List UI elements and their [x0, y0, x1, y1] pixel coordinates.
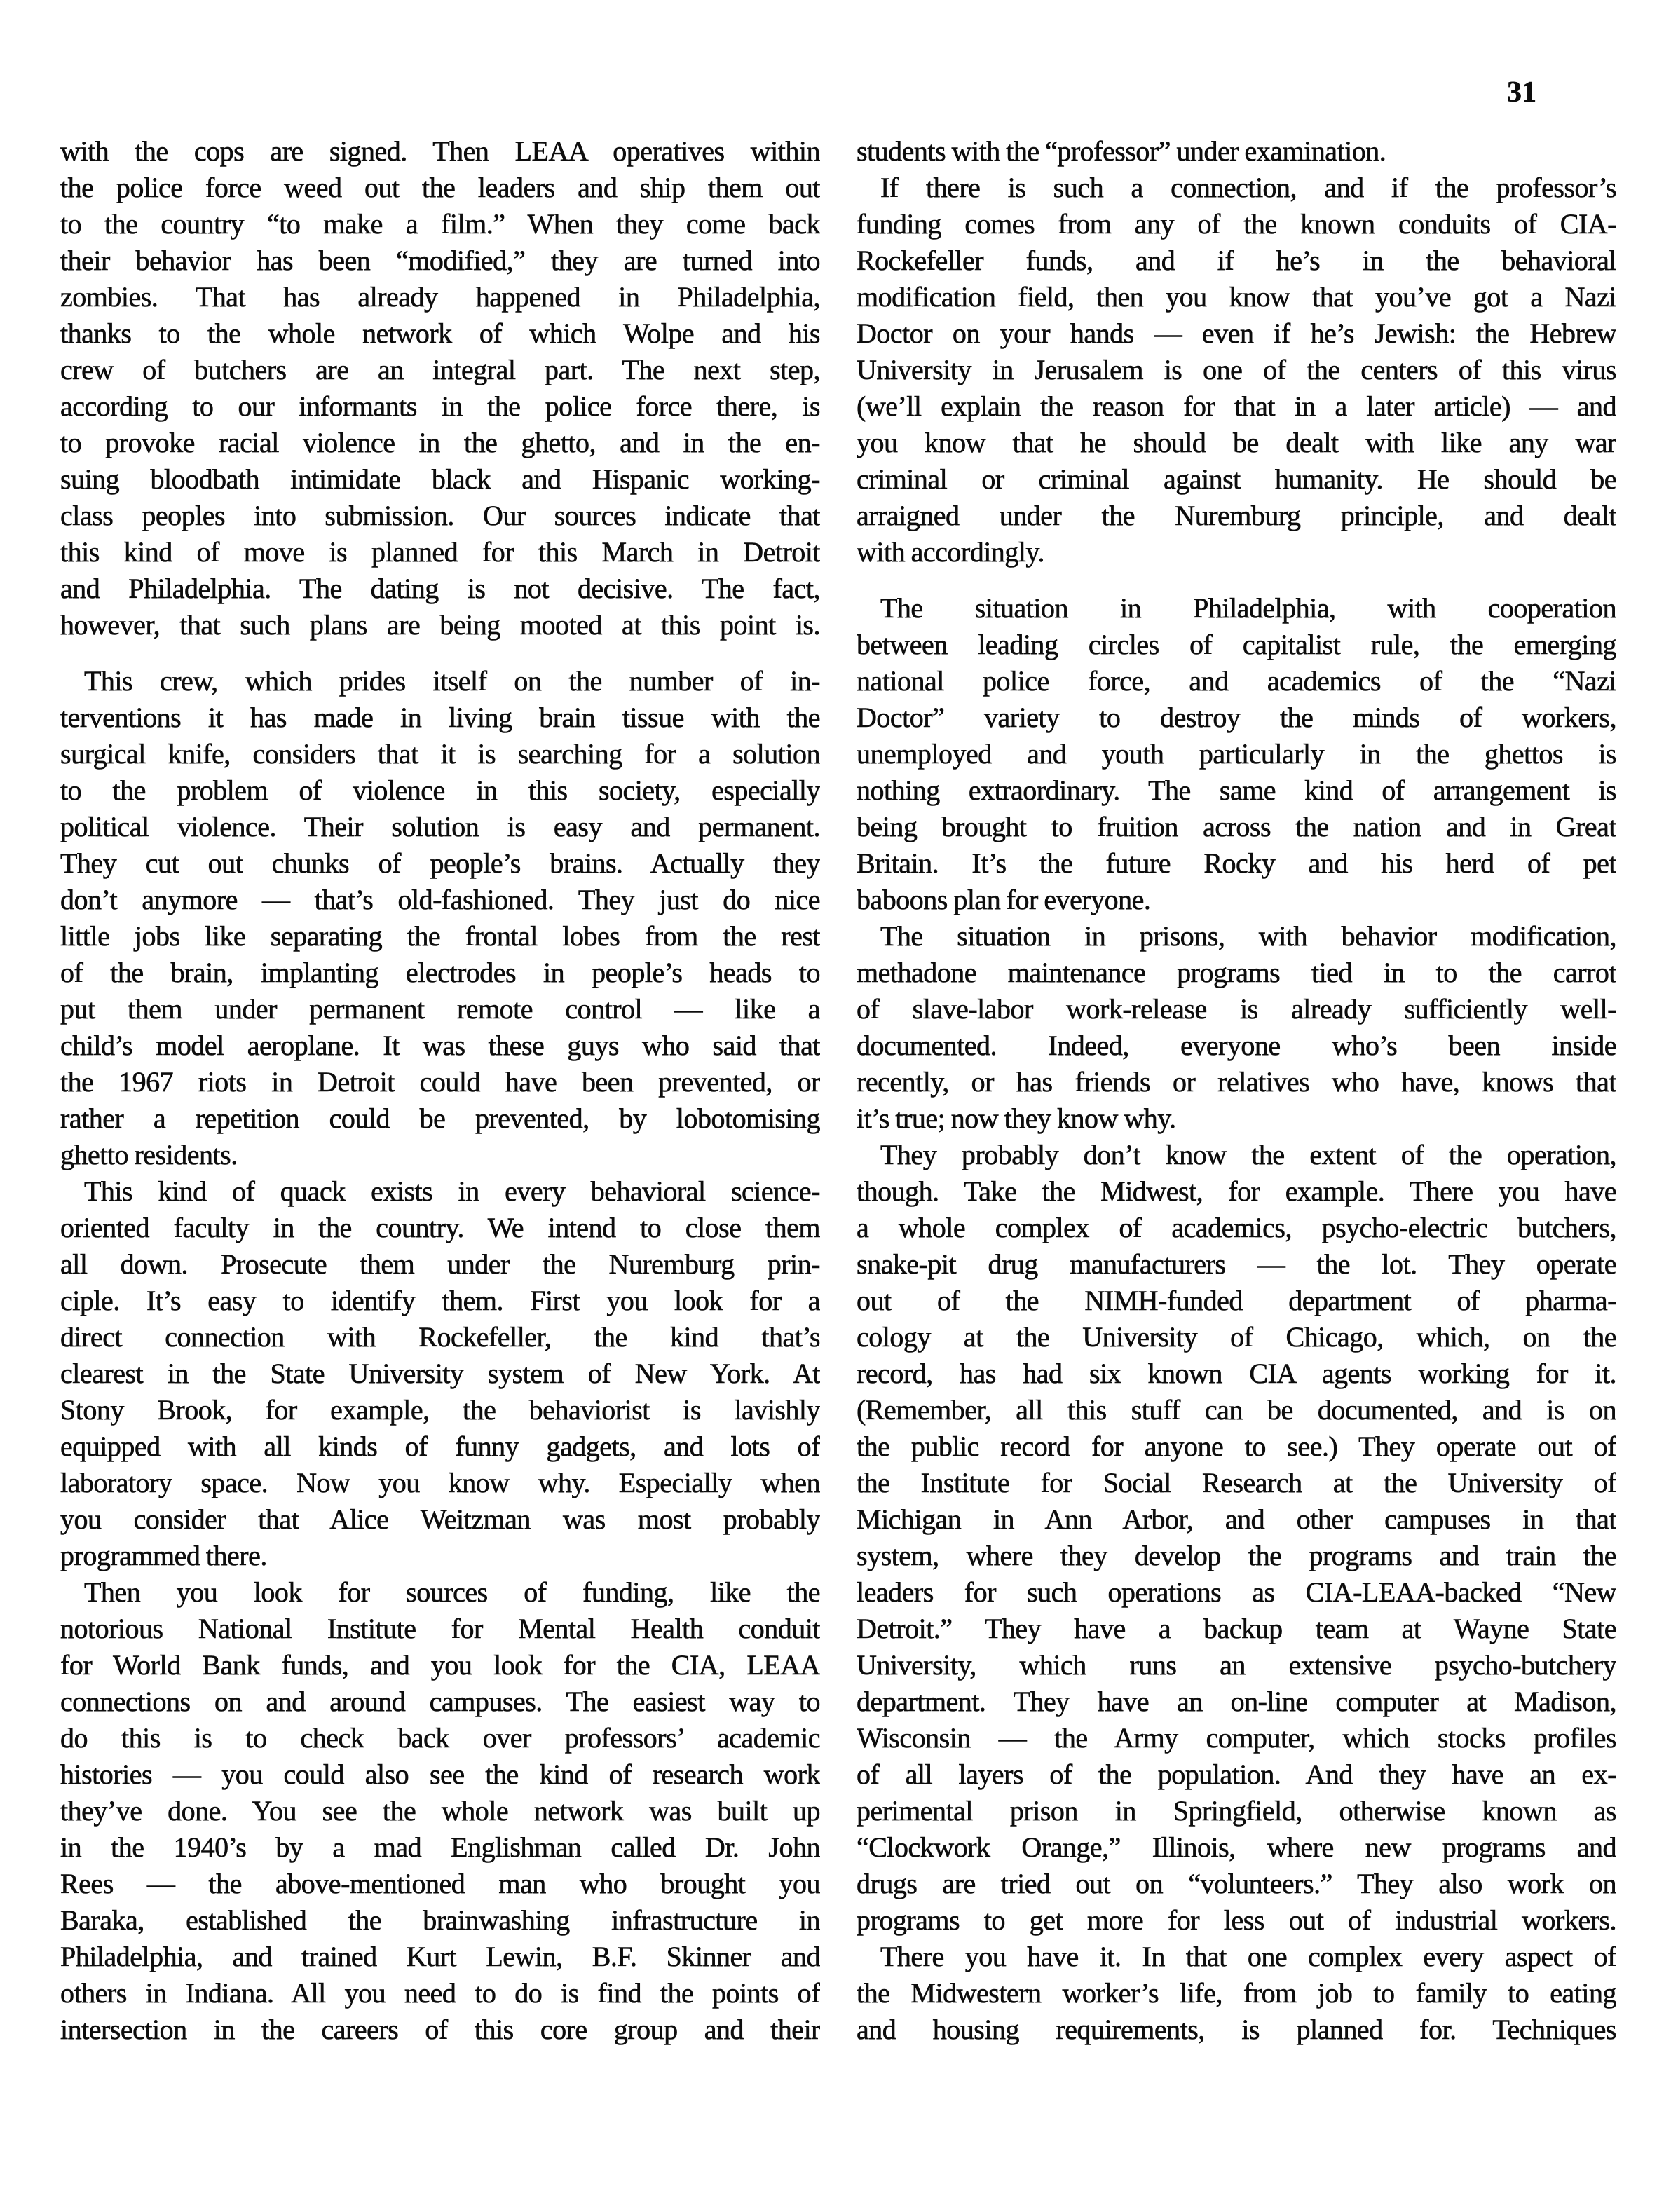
text-line: being brought to fruition across the nat…	[857, 809, 1616, 845]
text-line: nothing extraordinary. The same kind of …	[857, 772, 1616, 809]
text-line: this kind of move is planned for this Ma…	[60, 534, 820, 571]
text-line: This kind of quack exists in every behav…	[60, 1173, 820, 1210]
text-column-left: with the cops are signed. Then LEAA oper…	[60, 133, 820, 2048]
paragraph: This crew, which prides itself on the nu…	[60, 663, 820, 1173]
text-line: laboratory space. Now you know why. Espe…	[60, 1465, 820, 1501]
text-line: suing bloodbath intimidate black and His…	[60, 461, 820, 498]
text-line: the Institute for Social Research at the…	[857, 1465, 1616, 1501]
text-line: according to our informants in the polic…	[60, 388, 820, 425]
paragraph: If there is such a connection, and if th…	[857, 170, 1616, 571]
text-line: (we’ll explain the reason for that in a …	[857, 388, 1616, 425]
text-line: Doctor on your hands — even if he’s Jewi…	[857, 315, 1616, 352]
text-line: baboons plan for everyone.	[857, 882, 1616, 918]
text-line: This crew, which prides itself on the nu…	[60, 663, 820, 699]
text-line: They cut out chunks of people’s brains. …	[60, 845, 820, 882]
text-line: surgical knife, considers that it is sea…	[60, 736, 820, 772]
text-line: Then you look for sources of funding, li…	[60, 1574, 820, 1611]
text-line: histories — you could also see the kind …	[60, 1756, 820, 1793]
text-line: system, where they develop the programs …	[857, 1538, 1616, 1574]
text-line: perimental prison in Springfield, otherw…	[857, 1793, 1616, 1829]
text-line: students with the “professor” under exam…	[857, 133, 1616, 170]
paragraph: The situation in prisons, with behavior …	[857, 918, 1616, 1137]
text-line: rather a repetition could be prevented, …	[60, 1100, 820, 1137]
text-line: to provoke racial violence in the ghetto…	[60, 425, 820, 461]
text-line: though. Take the Midwest, for example. T…	[857, 1173, 1616, 1210]
text-line: drugs are tried out on “volunteers.” The…	[857, 1866, 1616, 1902]
text-line: oriented faculty in the country. We inte…	[60, 1210, 820, 1246]
text-line: leaders for such operations as CIA-LEAA-…	[857, 1574, 1616, 1611]
text-line: they’ve done. You see the whole network …	[60, 1793, 820, 1829]
text-line: recently, or has friends or relatives wh…	[857, 1064, 1616, 1100]
text-line: (Remember, all this stuff can be documen…	[857, 1392, 1616, 1428]
text-line: of the brain, implanting electrodes in p…	[60, 955, 820, 991]
text-line: with accordingly.	[857, 534, 1616, 571]
text-line: modification field, then you know that y…	[857, 279, 1616, 315]
text-line: funding comes from any of the known cond…	[857, 206, 1616, 243]
text-line: intersection in the careers of this core…	[60, 2012, 820, 2048]
text-line: equipped with all kinds of funny gadgets…	[60, 1428, 820, 1465]
text-line: Doctor” variety to destroy the minds of …	[857, 699, 1616, 736]
text-line: put them under permanent remote control …	[60, 991, 820, 1028]
text-line: programmed there.	[60, 1538, 820, 1574]
text-line: little jobs like separating the frontal …	[60, 918, 820, 955]
text-line: University, which runs an extensive psyc…	[857, 1647, 1616, 1684]
text-line: Detroit.” They have a backup team at Way…	[857, 1611, 1616, 1647]
text-line: department. They have an on-line compute…	[857, 1684, 1616, 1720]
text-line: political violence. Their solution is ea…	[60, 809, 820, 845]
paragraph: with the cops are signed. Then LEAA oper…	[60, 133, 820, 643]
text-line: with the cops are signed. Then LEAA oper…	[60, 133, 820, 170]
text-line: “Clockwork Orange,” Illinois, where new …	[857, 1829, 1616, 1866]
text-line: you know that he should be dealt with li…	[857, 425, 1616, 461]
text-line: cology at the University of Chicago, whi…	[857, 1319, 1616, 1356]
text-line: criminal or criminal against humanity. H…	[857, 461, 1616, 498]
text-line: don’t anymore — that’s old-fashioned. Th…	[60, 882, 820, 918]
text-line: out of the NIMH-funded department of pha…	[857, 1283, 1616, 1319]
text-line: to the problem of violence in this socie…	[60, 772, 820, 809]
text-line: of slave-labor work-release is already s…	[857, 991, 1616, 1028]
page-number: 31	[1507, 76, 1536, 109]
text-line: zombies. That has already happened in Ph…	[60, 279, 820, 315]
text-line: record, has had six known CIA agents wor…	[857, 1356, 1616, 1392]
text-line: If there is such a connection, and if th…	[857, 170, 1616, 206]
text-line: documented. Indeed, everyone who’s been …	[857, 1028, 1616, 1064]
text-line: a whole complex of academics, psycho-ele…	[857, 1210, 1616, 1246]
text-line: arraigned under the Nuremburg principle,…	[857, 498, 1616, 534]
text-line: the Midwestern worker’s life, from job t…	[857, 1975, 1616, 2012]
text-line: Philadelphia, and trained Kurt Lewin, B.…	[60, 1939, 820, 1975]
text-line: The situation in prisons, with behavior …	[857, 918, 1616, 955]
text-line: terventions it has made in living brain …	[60, 699, 820, 736]
text-line: University in Jerusalem is one of the ce…	[857, 352, 1616, 388]
text-line: others in Indiana. All you need to do is…	[60, 1975, 820, 2012]
text-line: however, that such plans are being moote…	[60, 607, 820, 643]
text-line: programs to get more for less out of ind…	[857, 1902, 1616, 1939]
text-line: There you have it. In that one complex e…	[857, 1939, 1616, 1975]
text-line: Stony Brook, for example, the behavioris…	[60, 1392, 820, 1428]
text-line: clearest in the State University system …	[60, 1356, 820, 1392]
text-line: notorious National Institute for Mental …	[60, 1611, 820, 1647]
text-line: do this is to check back over professors…	[60, 1720, 820, 1756]
text-line: you consider that Alice Weitzman was mos…	[60, 1501, 820, 1538]
text-line: all down. Prosecute them under the Nurem…	[60, 1246, 820, 1283]
text-line: The situation in Philadelphia, with coop…	[857, 590, 1616, 627]
text-line: ciple. It’s easy to identify them. First…	[60, 1283, 820, 1319]
text-line: the 1967 riots in Detroit could have bee…	[60, 1064, 820, 1100]
text-line: methadone maintenance programs tied in t…	[857, 955, 1616, 991]
text-line: between leading circles of capitalist ru…	[857, 627, 1616, 663]
paragraph: They probably don’t know the extent of t…	[857, 1137, 1616, 1939]
paragraph: students with the “professor” under exam…	[857, 133, 1616, 170]
text-line: it’s true; now they know why.	[857, 1100, 1616, 1137]
paragraph: The situation in Philadelphia, with coop…	[857, 590, 1616, 918]
text-line: direct connection with Rockefeller, the …	[60, 1319, 820, 1356]
text-line: Britain. It’s the future Rocky and his h…	[857, 845, 1616, 882]
text-line: the public record for anyone to see.) Th…	[857, 1428, 1616, 1465]
document-page: 31 with the cops are signed. Then LEAA o…	[0, 0, 1678, 2212]
text-line: their behavior has been “modified,” they…	[60, 243, 820, 279]
text-line: ghetto residents.	[60, 1137, 820, 1173]
text-column-right: students with the “professor” under exam…	[857, 133, 1616, 2048]
text-line: Wisconsin — the Army computer, which sto…	[857, 1720, 1616, 1756]
text-line: to the country “to make a film.” When th…	[60, 206, 820, 243]
text-line: the police force weed out the leaders an…	[60, 170, 820, 206]
text-line: They probably don’t know the extent of t…	[857, 1137, 1616, 1173]
text-line: in the 1940’s by a mad Englishman called…	[60, 1829, 820, 1866]
text-line: connections on and around campuses. The …	[60, 1684, 820, 1720]
text-line: for World Bank funds, and you look for t…	[60, 1647, 820, 1684]
text-line: crew of butchers are an integral part. T…	[60, 352, 820, 388]
text-line: national police force, and academics of …	[857, 663, 1616, 699]
text-line: unemployed and youth particularly in the…	[857, 736, 1616, 772]
paragraph: Then you look for sources of funding, li…	[60, 1574, 820, 2048]
text-line: Baraka, established the brainwashing inf…	[60, 1902, 820, 1939]
text-line: and Philadelphia. The dating is not deci…	[60, 571, 820, 607]
text-line: Rees — the above-mentioned man who broug…	[60, 1866, 820, 1902]
text-line: Rockefeller funds, and if he’s in the be…	[857, 243, 1616, 279]
text-line: child’s model aeroplane. It was these gu…	[60, 1028, 820, 1064]
text-line: of all layers of the population. And the…	[857, 1756, 1616, 1793]
paragraph: There you have it. In that one complex e…	[857, 1939, 1616, 2048]
text-line: Michigan in Ann Arbor, and other campuse…	[857, 1501, 1616, 1538]
text-line: class peoples into submission. Our sourc…	[60, 498, 820, 534]
text-line: and housing requirements, is planned for…	[857, 2012, 1616, 2048]
paragraph: This kind of quack exists in every behav…	[60, 1173, 820, 1574]
text-line: thanks to the whole network of which Wol…	[60, 315, 820, 352]
text-line: snake-pit drug manufacturers — the lot. …	[857, 1246, 1616, 1283]
